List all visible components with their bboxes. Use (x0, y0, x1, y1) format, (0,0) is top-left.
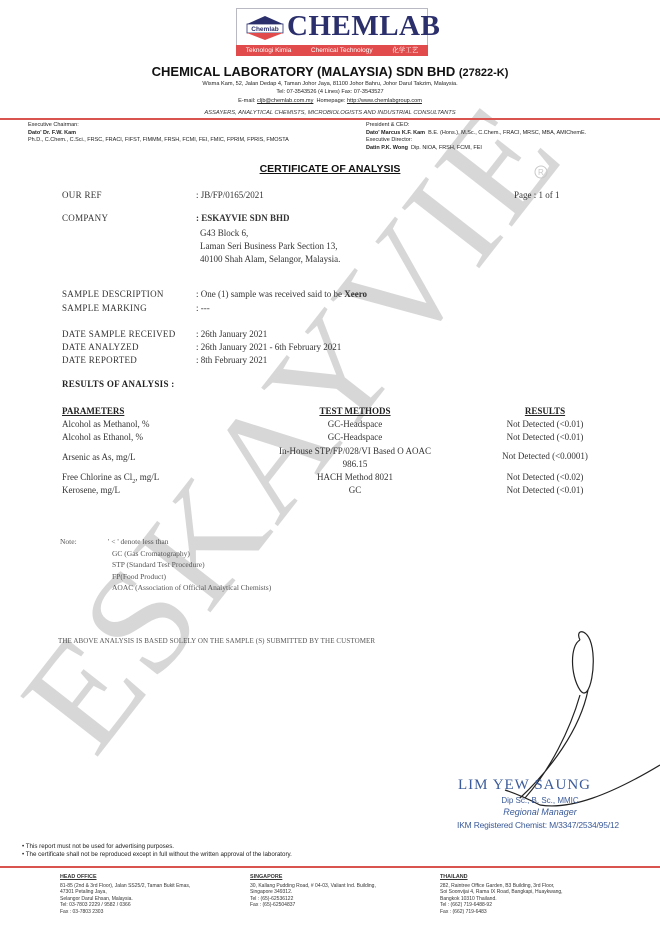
company-tagline: ASSAYERS, ANALYTICAL CHEMISTS, MICROBIOL… (0, 110, 660, 116)
sample-description-value: : One (1) sample was received said to be… (196, 289, 367, 299)
director-credentials: Dip. NIOA, FRSH, FCMI, FEI (411, 145, 482, 151)
ceo-role: President & CEO: (366, 122, 656, 130)
office-line: Singapore 349312. (250, 889, 430, 896)
office-line: Tel : (65)-62536122 (250, 896, 430, 903)
note-label: Note: (60, 536, 77, 548)
office-line: 47301 Petaling Jaya, (60, 889, 230, 896)
result-parameter: Free Chlorine as Cl2, mg/L (62, 472, 159, 485)
signatory-registration: IKM Registered Chemist: M/3347/2534/95/1… (438, 820, 638, 830)
band-malay: Teknologi Kimia (246, 45, 292, 56)
result-method: In-House STP/FP/028/VI Based O AOAC 986.… (245, 445, 465, 470)
office-line: Fax : 03-7803 2303 (60, 909, 230, 916)
office-head: HEAD OFFICE 81-85 (2nd & 3rd Floor), Jal… (60, 874, 230, 916)
office-title: THAILAND (440, 874, 630, 881)
col-header-results: RESULTS (480, 406, 610, 416)
company-name-text: CHEMICAL LABORATORY (MALAYSIA) SDN BHD (152, 64, 456, 79)
office-line: Tel : (662) 719-6488-92 (440, 902, 630, 909)
office-line: Fax : (65)-62504837 (250, 902, 430, 909)
office-thailand: THAILAND 282, Raintree Office Garden, B3… (440, 874, 630, 916)
office-line: 81-85 (2nd & 3rd Floor), Jalan SS25/2, T… (60, 883, 230, 890)
director-role: Executive Director: (366, 137, 656, 145)
executive-chairman-block: Executive Chairman: Dato' Dr. F.W. Kam P… (28, 122, 348, 145)
results-heading: RESULTS OF ANALYSIS : (62, 379, 175, 389)
office-line: Selangor Darul Ehsan, Malaysia. (60, 896, 230, 903)
parameter-unit: , mg/L (135, 472, 159, 482)
office-line: Bangkok 10310 Thailand. (440, 896, 630, 903)
result-parameter: Arsenic as As, mg/L (62, 452, 136, 462)
executive-officers-block: President & CEO: Dato' Marcus K.F. Kam B… (366, 122, 656, 152)
result-method: GC (255, 485, 455, 495)
our-ref-value: : JB/FP/0165/2021 (196, 190, 264, 200)
homepage-label: Homepage: (317, 98, 346, 104)
footnote-item: • The certificate shall not be reproduce… (22, 851, 292, 859)
result-value: Not Detected (<0.01) (480, 485, 610, 495)
result-parameter: Alcohol as Methanol, % (62, 419, 149, 429)
result-method: HACH Method 8021 (255, 472, 455, 482)
footer-divider (0, 866, 660, 868)
chemlab-logo: Chemlab CHEMLAB (236, 8, 428, 48)
office-title: HEAD OFFICE (60, 874, 230, 881)
ceo-credentials: B.E. (Hons.), M.Sc., C.Chem., FRACI, MRS… (428, 130, 586, 136)
client-address-line: G43 Block 6, (200, 227, 340, 240)
note-list: ' < ' denote less than GC (Gas Cromatogr… (108, 536, 271, 594)
date-reported-label: DATE REPORTED (62, 355, 137, 365)
office-line: 30, Kallang Pudding Road, # 04-03, Valia… (250, 883, 430, 890)
footnotes: • This report must not be used for adver… (22, 843, 292, 859)
date-analyzed-value: : 26th January 2021 - 6th February 2021 (196, 342, 341, 352)
office-line: Tel: 03-7803 2229 / 9582 / 0366 (60, 902, 230, 909)
email-link[interactable]: cljb@chemlab.com.my (257, 98, 313, 104)
band-chinese: 化学工艺 (392, 45, 418, 56)
client-company-address: G43 Block 6, Laman Seri Business Park Se… (200, 227, 340, 266)
page-number: Page : 1 of 1 (514, 190, 560, 200)
client-address-line: Laman Seri Business Park Section 13, (200, 240, 340, 253)
office-line: Soi Soonvijai 4, Rama IX Road, Bangkapi,… (440, 889, 630, 896)
logo-wordmark: CHEMLAB (287, 10, 440, 43)
office-title: SINGAPORE (250, 874, 430, 881)
signatory-qualifications: Dip Sc., B. Sc., MMIC (470, 796, 610, 805)
date-analyzed-label: DATE ANALYZED (62, 342, 139, 352)
company-phone: Tel: 07-3543526 (4 Lines) Fax: 07-354352… (0, 89, 660, 95)
note-item: FP(Food Product) (108, 571, 271, 583)
company-name: CHEMICAL LABORATORY (MALAYSIA) SDN BHD (… (0, 64, 660, 79)
signatory-title: Regional Manager (470, 807, 610, 817)
col-header-parameters: PARAMETERS (62, 406, 124, 416)
header-divider (0, 118, 660, 120)
result-value: Not Detected (<0.01) (480, 419, 610, 429)
office-singapore: SINGAPORE 30, Kallang Pudding Road, # 04… (250, 874, 430, 909)
result-method: GC-Headspace (255, 432, 455, 442)
date-received-label: DATE SAMPLE RECEIVED (62, 329, 176, 339)
result-method-line: In-House STP/FP/028/VI Based O AOAC (245, 445, 465, 458)
note-item: ' < ' denote less than (108, 536, 271, 548)
result-method-line: 986.15 (245, 458, 465, 471)
chairman-name: Dato' Dr. F.W. Kam (28, 130, 76, 136)
band-english: Chemical Technology (311, 45, 373, 56)
result-parameter: Alcohol as Ethanol, % (62, 432, 143, 442)
company-contacts: E-mail: cljb@chemlab.com.my Homepage: ht… (0, 98, 660, 104)
company-reg: (27822-K) (459, 67, 509, 79)
date-received-value: : 26th January 2021 (196, 329, 267, 339)
sample-description-text: : One (1) sample was received said to be (196, 289, 344, 299)
our-ref-label: OUR REF (62, 190, 102, 200)
result-method: GC-Headspace (255, 419, 455, 429)
parameter-text: Free Chlorine as Cl (62, 472, 132, 482)
date-reported-value: : 8th February 2021 (196, 355, 267, 365)
result-value: Not Detected (<0.0001) (480, 451, 610, 461)
chairman-role: Executive Chairman: (28, 122, 348, 130)
office-line: Fax : (662) 719-6483 (440, 909, 630, 916)
company-address: Wisma Kam, 52, Jalan Dedap 4, Taman Joho… (0, 81, 660, 87)
svg-text:Chemlab: Chemlab (251, 26, 278, 33)
result-value: Not Detected (<0.01) (480, 432, 610, 442)
sample-description-label: SAMPLE DESCRIPTION (62, 289, 164, 299)
note-item: STP (Standard Test Procedure) (108, 559, 271, 571)
footnote-item: • This report must not be used for adver… (22, 843, 292, 851)
note-item: AOAC (Association of Official Analytical… (108, 582, 271, 594)
ceo-name: Dato' Marcus K.F. Kam (366, 130, 425, 136)
col-header-test-methods: TEST METHODS (255, 406, 455, 416)
analysis-disclaimer: THE ABOVE ANALYSIS IS BASED SOLELY ON TH… (58, 637, 375, 645)
note-item: GC (Gas Cromatography) (108, 548, 271, 560)
sample-marking-value: : --- (196, 303, 210, 313)
chairman-credentials: Ph.D., C.Chem., C.Sci., FRSC, FRACI, FIF… (28, 137, 348, 145)
signatory-name: LIM YEW SAUNG (458, 777, 591, 794)
result-parameter: Kerosene, mg/L (62, 485, 120, 495)
client-company-name: : ESKAYVIE SDN BHD (196, 213, 289, 223)
company-label: COMPANY (62, 213, 108, 223)
certificate-title: CERTIFICATE OF ANALYSIS (0, 163, 660, 175)
homepage-link[interactable]: http://www.chemlabgroup.com (347, 98, 422, 104)
email-label: E-mail: (238, 98, 255, 104)
office-line: 282, Raintree Office Garden, B3 Building… (440, 883, 630, 890)
sample-marking-label: SAMPLE MARKING (62, 303, 147, 313)
client-address-line: 40100 Shah Alam, Selangor, Malaysia. (200, 253, 340, 266)
result-value: Not Detected (<0.02) (480, 472, 610, 482)
logo-band: Teknologi Kimia Chemical Technology 化学工艺 (236, 45, 428, 56)
director-name: Datin P.K. Wong (366, 145, 408, 151)
sample-name: Xeero (344, 289, 367, 299)
chemlab-house-logo-icon: Chemlab (245, 15, 285, 41)
